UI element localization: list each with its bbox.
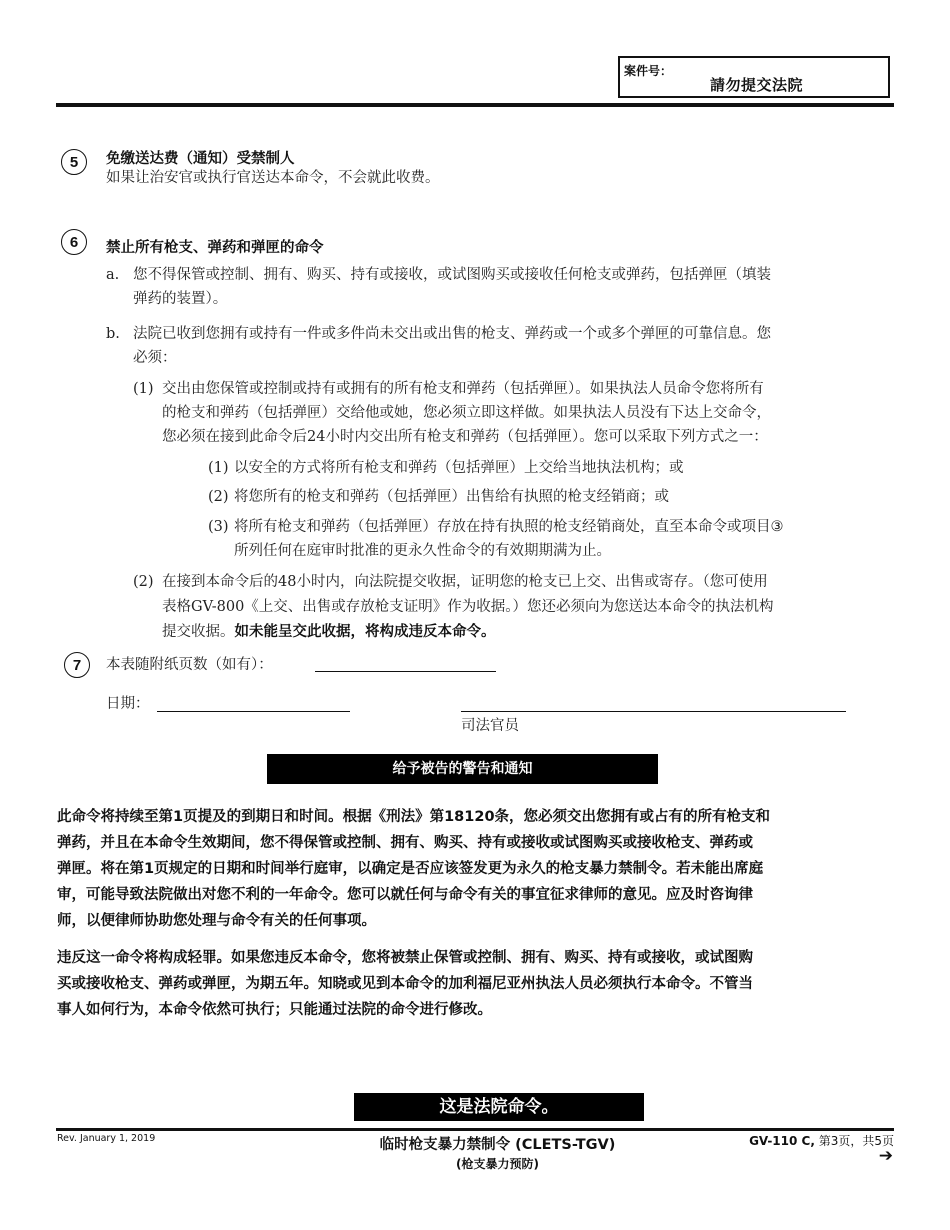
court-order-banner: 这是法院命令。	[354, 1093, 644, 1121]
section-6-number: 6	[61, 229, 87, 255]
warning-p2-line: 事人如何行为，本命令依然可执行；只能通过法院的命令进行修改。	[57, 997, 907, 1023]
form-title: 临时枪支暴力禁制令 (CLETS-TGV)	[300, 1133, 695, 1154]
item-b2-line1: 在接到本命令后的48小时内，向法院提交收据，证明您的枪支已上交、出售或寄存。（您…	[162, 571, 768, 593]
item-b-line1: 法院已收到您拥有或持有一件或多件尚未交出或出售的枪支、弹药或一个或多个弹匣的可靠…	[133, 323, 771, 345]
option-3-line1: 将所有枪支和弹药（包括弹匣）存放在持有执照的枪支经销商处，直至本命令或项目③	[234, 516, 784, 538]
item-b1-line3: 您必须在接到此命令后24小时内交出所有枪支和弹药（包括弹匣）。您可以采取下列方式…	[162, 426, 768, 448]
section-5-number: 5	[61, 149, 87, 175]
judicial-officer-label: 司法官员	[461, 715, 519, 737]
option-3-line2: 所列任何在庭审时批准的更永久性命令的有效期期满为止。	[234, 540, 611, 562]
date-label: 日期：	[106, 693, 150, 715]
case-number-box: 案件号： 請勿提交法院	[618, 56, 890, 98]
form-id: GV-110 C,	[749, 1134, 815, 1148]
section-number-text: 6	[70, 234, 78, 251]
attached-pages-field[interactable]	[315, 671, 496, 672]
warning-banner: 给予被告的警告和通知	[267, 754, 658, 784]
item-b1-marker: (1)	[133, 378, 154, 400]
warning-p2-line: 违反这一命令将构成轻罪。如果您违反本命令，您将被禁止保管或控制、拥有、购买、持有…	[57, 945, 907, 971]
warning-p2-line: 买或接收枪支、弹药或弹匣，为期五年。知晓或见到本命令的加利福尼亚州执法人员必须执…	[57, 971, 907, 997]
revision-date: Rev. January 1, 2019	[57, 1133, 155, 1144]
section-5-title: 免缴送达费（通知）受禁制人	[106, 147, 295, 168]
attached-pages-label: 本表随附纸页数（如有）：	[106, 654, 273, 676]
warning-paragraph-2: 违反这一命令将构成轻罪。如果您违反本命令，您将被禁止保管或控制、拥有、购买、持有…	[57, 945, 907, 1023]
next-page-arrow-icon[interactable]: ➔	[879, 1146, 893, 1166]
option-2-text: 将您所有的枪支和弹药（包括弹匣）出售给有执照的枪支经销商；或	[234, 486, 669, 508]
option-2-marker: (2)	[208, 486, 229, 508]
case-number-label: 案件号：	[624, 62, 672, 79]
form-page-info: GV-110 C, 第3页，共5页	[749, 1132, 894, 1149]
warning-p1-line: 弹匣。将在第1页规定的日期和时间举行庭审，以确定是否应该签发更为永久的枪支暴力禁…	[57, 856, 907, 882]
section-number-text: 7	[73, 657, 81, 674]
warning-p1-line: 弹药，并且在本命令生效期间，您不得保管或控制、拥有、购买、持有或接收或试图购买或…	[57, 830, 907, 856]
warning-p1-line: 此命令将持续至第1页提及的到期日和时间。根据《刑法》第18120条，您必须交出您…	[57, 804, 907, 830]
item-b1-line1: 交出由您保管或控制或持有或拥有的所有枪支和弹药（包括弹匣）。如果执法人员命令您将…	[162, 378, 764, 400]
item-a-line2: 弹药的装置）。	[133, 288, 227, 310]
item-b-marker: b.	[106, 323, 120, 345]
date-field[interactable]	[157, 711, 350, 712]
warning-p1-line: 审，可能导致法院做出对您不利的一年命令。您可以就任何与命令有关的事宜征求律师的意…	[57, 882, 907, 908]
item-b2-marker: (2)	[133, 571, 154, 593]
warning-p1-line: 师，以便律师协助您处理与命令有关的任何事项。	[57, 908, 907, 934]
option-3-text: 将所有枪支和弹药（包括弹匣）存放在持有执照的枪支经销商处，直至本命令或项目	[234, 519, 771, 535]
item-b-line2: 必须：	[133, 347, 177, 369]
item-b2-line3-normal: 提交收据。	[162, 624, 235, 640]
judicial-officer-signature-line[interactable]	[461, 711, 846, 712]
item-b2-warning: 如未能呈交此收据，将构成违反本命令。	[235, 624, 496, 640]
item-b1-line2: 的枪支和弹药（包括弹匣）交给他或她，您必须立即这样做。如果执法人员没有下达上交命…	[162, 402, 771, 424]
option-1-text: 以安全的方式将所有枪支和弹药（包括弹匣）上交给当地执法机构；或	[234, 457, 684, 479]
item-a-marker: a.	[106, 264, 119, 286]
form-subtitle: (枪支暴力预防)	[300, 1155, 695, 1172]
case-number-value: 請勿提交法院	[710, 74, 803, 95]
section-7-number: 7	[64, 652, 90, 678]
footer-divider	[56, 1128, 894, 1131]
warning-paragraph-1: 此命令将持续至第1页提及的到期日和时间。根据《刑法》第18120条，您必须交出您…	[57, 804, 907, 934]
item-b2-line2: 表格GV-800《上交、出售或存放枪支证明》作为收据。）您还必须向为您送达本命令…	[162, 596, 774, 618]
section-6-title: 禁止所有枪支、弹药和弹匣的命令	[106, 236, 324, 257]
item-b2-line3: 提交收据。如未能呈交此收据，将构成违反本命令。	[162, 621, 496, 643]
item-3-reference-icon: ③	[771, 519, 784, 535]
item-a-line1: 您不得保管或控制、拥有、购买、持有或接收，或试图购买或接收任何枪支或弹药，包括弹…	[133, 264, 771, 286]
header-divider	[56, 103, 894, 107]
option-3-marker: (3)	[208, 516, 229, 538]
section-5-body: 如果让治安官或执行官送达本命令，不会就此收费。	[106, 167, 440, 189]
section-number-text: 5	[70, 154, 78, 171]
option-1-marker: (1)	[208, 457, 229, 479]
